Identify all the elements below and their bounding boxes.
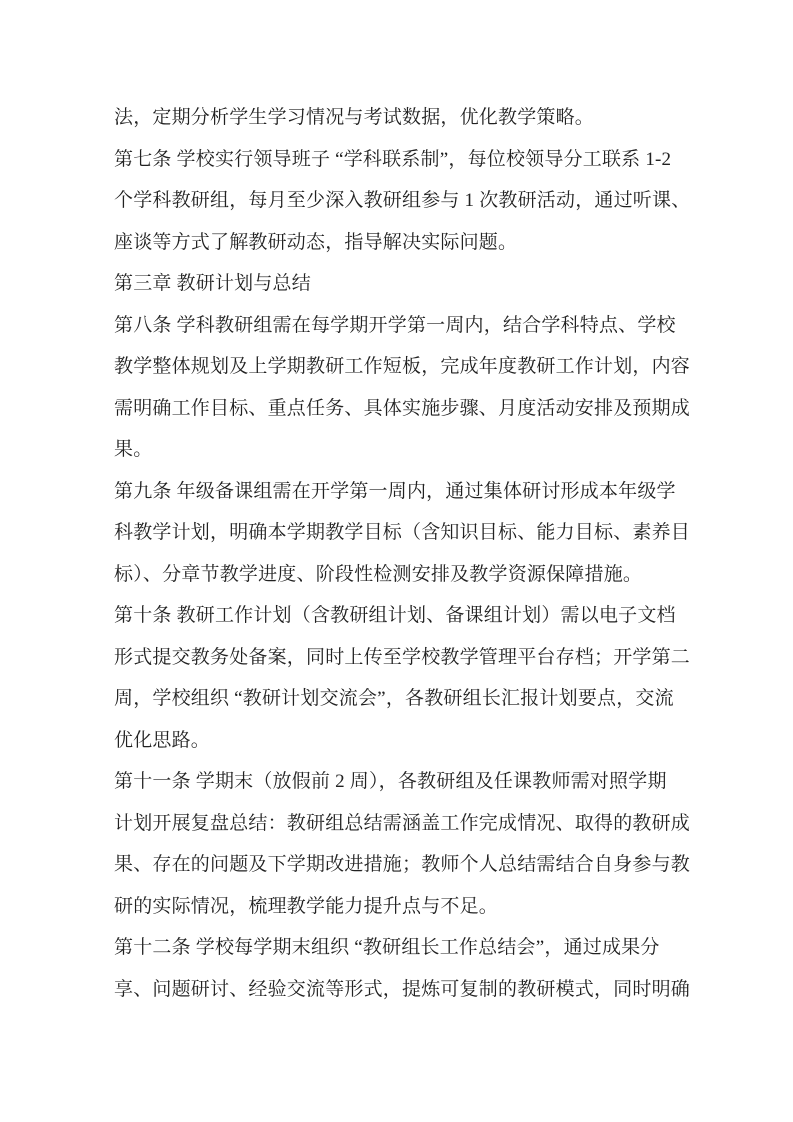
paragraph-article-10: 第十条 教研工作计划（含教研组计划、备课组计划）需以电子文档 形式提交教务处备案… [114, 595, 694, 761]
paragraph-article-11: 第十一条 学期末（放假前 2 周），各教研组及任课教师需对照学期 计划开展复盘总… [114, 761, 694, 927]
text-line: 第十条 教研工作计划（含教研组计划、备课组计划）需以电子文档 [114, 595, 694, 637]
text-line: 第三章 教研计划与总结 [114, 263, 694, 305]
text-line: 个学科教研组，每月至少深入教研组参与 1 次教研活动，通过听课、 [114, 180, 694, 222]
document-text-block: 法，定期分析学生学习情况与考试数据，优化教学策略。 第七条 学校实行领导班子 “… [114, 97, 694, 1010]
text-line: 第七条 学校实行领导班子 “学科联系制”，每位校领导分工联系 1-2 [114, 139, 694, 181]
text-line: 第八条 学科教研组需在每学期开学第一周内，结合学科特点、学校 [114, 305, 694, 347]
text-line: 优化思路。 [114, 720, 694, 762]
text-line: 研的实际情况，梳理教学能力提升点与不足。 [114, 886, 694, 928]
paragraph-article-8: 第八条 学科教研组需在每学期开学第一周内，结合学科特点、学校 教学整体规划及上学… [114, 305, 694, 471]
document-page: 法，定期分析学生学习情况与考试数据，优化教学策略。 第七条 学校实行领导班子 “… [0, 0, 793, 1122]
chapter-3-heading: 第三章 教研计划与总结 [114, 263, 694, 305]
text-line: 法，定期分析学生学习情况与考试数据，优化教学策略。 [114, 97, 694, 139]
text-line: 果、存在的问题及下学期改进措施；教师个人总结需结合自身参与教 [114, 844, 694, 886]
text-line: 形式提交教务处备案，同时上传至学校教学管理平台存档；开学第二 [114, 637, 694, 679]
text-line: 座谈等方式了解教研动态，指导解决实际问题。 [114, 222, 694, 264]
text-line: 第十二条 学校每学期末组织 “教研组长工作总结会”，通过成果分 [114, 927, 694, 969]
text-line: 第九条 年级备课组需在开学第一周内，通过集体研讨形成本年级学 [114, 471, 694, 513]
text-line: 果。 [114, 429, 694, 471]
text-line: 科教学计划，明确本学期教学目标（含知识目标、能力目标、素养目 [114, 512, 694, 554]
text-line: 享、问题研讨、经验交流等形式，提炼可复制的教研模式，同时明确 [114, 969, 694, 1011]
text-line: 标）、分章节教学进度、阶段性检测安排及教学资源保障措施。 [114, 554, 694, 596]
paragraph-article-7: 第七条 学校实行领导班子 “学科联系制”，每位校领导分工联系 1-2 个学科教研… [114, 139, 694, 264]
text-line: 第十一条 学期末（放假前 2 周），各教研组及任课教师需对照学期 [114, 761, 694, 803]
paragraph-article-9: 第九条 年级备课组需在开学第一周内，通过集体研讨形成本年级学 科教学计划，明确本… [114, 471, 694, 596]
text-line: 教学整体规划及上学期教研工作短板，完成年度教研工作计划，内容 [114, 346, 694, 388]
paragraph-continuation: 法，定期分析学生学习情况与考试数据，优化教学策略。 [114, 97, 694, 139]
text-line: 周，学校组织 “教研计划交流会”，各教研组长汇报计划要点，交流 [114, 678, 694, 720]
paragraph-article-12: 第十二条 学校每学期末组织 “教研组长工作总结会”，通过成果分 享、问题研讨、经… [114, 927, 694, 1010]
text-line: 计划开展复盘总结：教研组总结需涵盖工作完成情况、取得的教研成 [114, 803, 694, 845]
text-line: 需明确工作目标、重点任务、具体实施步骤、月度活动安排及预期成 [114, 388, 694, 430]
